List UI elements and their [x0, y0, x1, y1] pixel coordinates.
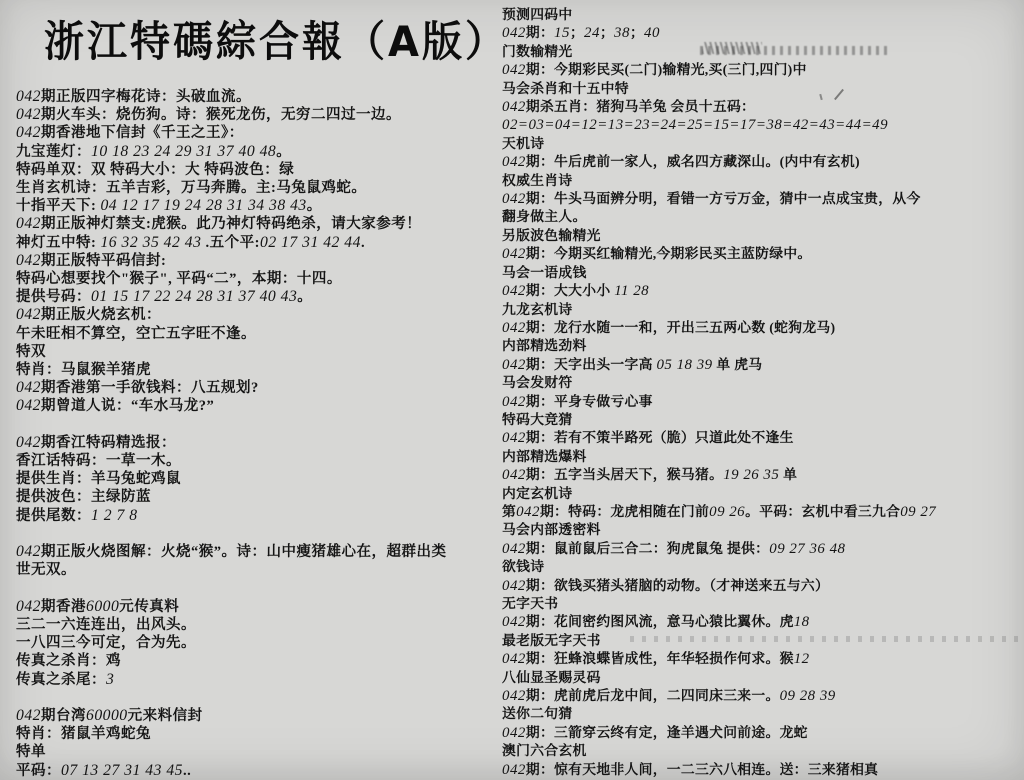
text-line: 042期杀五肖：猪狗马羊兔 会员十五码：	[502, 98, 1022, 116]
text-line: 042期：虎前虎后龙中间，二四同床三来一。09 28 39	[502, 687, 1022, 705]
text-line: 042期：平身专做亏心事	[502, 393, 1022, 411]
text-line: 欲钱诗	[502, 558, 1022, 576]
text-line: 042期：欲钱买猪头猪脑的动物。（才神送来五与六）	[502, 577, 1022, 595]
text-line: 042期：若有不策半路死（脆）只道此处不逢生	[502, 429, 1022, 447]
text-line	[16, 579, 498, 597]
text-line: 042期火车头：烧伤狗。诗：猴死龙伤，无穷二四过一边。	[16, 106, 498, 124]
text-line: 八仙显圣赐灵码	[502, 669, 1022, 687]
text-line: 门数输精光	[502, 43, 1022, 61]
text-line: 特单	[16, 743, 498, 761]
text-line: 042期：今期彩民买(二门)输精光,买(三门,四门)中	[502, 61, 1022, 79]
text-line: 九龙玄机诗	[502, 301, 1022, 319]
text-line: 特肖：马鼠猴羊猪虎	[16, 361, 498, 379]
text-line: 一八四三今可定，合为先。	[16, 634, 498, 652]
text-line: 马会一语成钱	[502, 264, 1022, 282]
text-line: 042期：三箭穿云终有定，逢羊遇犬问前途。龙蛇	[502, 724, 1022, 742]
text-line: 042期：狂蜂浪蝶皆成性，年华轻损作何求。猴12	[502, 650, 1022, 668]
text-line: 特双	[16, 343, 498, 361]
text-line: 042期：龙行水随一一和，开出三五两心数 (蛇狗龙马)	[502, 319, 1022, 337]
text-line: 提供波色：主绿防蓝	[16, 488, 498, 506]
text-line: 神灯五中特: 16 32 35 42 43 .五个平:02 17 31 42 4…	[16, 234, 498, 252]
text-line: 澳门六合玄机	[502, 742, 1022, 760]
text-line: 马会杀肖和十五中特	[502, 80, 1022, 98]
text-line: 042期香江特码精选报：	[16, 434, 498, 452]
text-line: 042期：鼠前鼠后三合二：狗虎鼠兔 提供：09 27 36 48	[502, 540, 1022, 558]
text-line: 042期：花间密约图风流，意马心猿比翼休。虎18	[502, 613, 1022, 631]
text-line	[16, 416, 498, 434]
text-line: 042期正版火烧玄机：	[16, 306, 498, 324]
text-line: 香江话特码：一草一木。	[16, 452, 498, 470]
text-line: 无字天书	[502, 595, 1022, 613]
text-line: 天机诗	[502, 135, 1022, 153]
text-line: 传真之杀肖：鸡	[16, 652, 498, 670]
text-line: 提供号码：01 15 17 22 24 28 31 37 40 43。	[16, 288, 498, 306]
text-line: 042期正版四字梅花诗：头破血流。	[16, 88, 498, 106]
text-line: 提供生肖：羊马兔蛇鸡鼠	[16, 470, 498, 488]
text-line: 内部精选劲料	[502, 337, 1022, 355]
text-line: 马会发财符	[502, 374, 1022, 392]
left-column: 042期正版四字梅花诗：头破血流。042期火车头：烧伤狗。诗：猴死龙伤，无穷二四…	[16, 88, 498, 780]
text-line: 送你二句猜	[502, 705, 1022, 723]
page-title: 浙江特碼綜合報（A版）	[44, 9, 508, 69]
text-line: 权威生肖诗	[502, 172, 1022, 190]
text-line: 第042期：特码：龙虎相随在门前09 26。平码：玄机中看三九合09 27	[502, 503, 1022, 521]
text-line: 另版波色输精光	[502, 227, 1022, 245]
text-line: 最老版无字天书	[502, 632, 1022, 650]
text-line: 02=03=04=12=13=23=24=25=15=17=38=42=43=4…	[502, 116, 1022, 134]
text-line: 提供尾数：1 2 7 8	[16, 507, 498, 525]
text-line: 042期香港地下信封《千王之王》：	[16, 124, 498, 142]
text-line	[16, 689, 498, 707]
text-line: 042期：惊有天地非人间，一二三六八相连。送：三来猪相真	[502, 761, 1022, 779]
text-line: 特码大竞猜	[502, 411, 1022, 429]
text-line	[16, 525, 498, 543]
text-line: 042期：大大小小 11 28	[502, 282, 1022, 300]
text-line: 042期香港第一手欲钱料：八五规划?	[16, 379, 498, 397]
text-line: 特码单双：双 特码大小：大 特码波色：绿	[16, 161, 498, 179]
text-line: 内定玄机诗	[502, 485, 1022, 503]
text-line: 042期：15；24；38；40	[502, 24, 1022, 42]
text-line: 042期台湾60000元来料信封	[16, 707, 498, 725]
text-line: 三二一六连连出，出风头。	[16, 616, 498, 634]
text-line: 042期：牛头马面辨分明，看错一方亏万金，猜中一点成宝贵，从今	[502, 190, 1022, 208]
text-line: 传真之杀尾：3	[16, 671, 498, 689]
right-column: 预测四码中042期：15；24；38；40门数输精光042期：今期彩民买(二门)…	[502, 6, 1022, 779]
text-line: 042期正版火烧图解：火烧“猴”。诗：山中瘦猪雄心在，超群出类	[16, 543, 498, 561]
text-line: 世无双。	[16, 561, 498, 579]
text-line: 内部精选爆料	[502, 448, 1022, 466]
text-line: 平码：07 13 27 31 43 45..	[16, 762, 498, 780]
text-line: 午未旺相不算空，空亡五字旺不逢。	[16, 325, 498, 343]
text-line: 042期：五字当头居天下，猴马猪。19 26 35 单	[502, 466, 1022, 484]
text-line: 生肖玄机诗：五羊吉彩，万马奔腾。主:马兔鼠鸡蛇。	[16, 179, 498, 197]
newspaper-page: 浙江特碼綜合報（A版） 042期正版四字梅花诗：头破血流。042期火车头：烧伤狗…	[0, 0, 1024, 780]
text-line: 042期：天字出头一字高 05 18 39 单 虎马	[502, 356, 1022, 374]
text-line: 特码心想要找个"猴子", 平码“二”，本期：十四。	[16, 270, 498, 288]
text-line: 042期：牛后虎前一家人，威名四方藏深山。(内中有玄机)	[502, 153, 1022, 171]
text-line: 042期香港6000元传真料	[16, 598, 498, 616]
text-line: 马会内部透密料	[502, 521, 1022, 539]
text-line: 042期正版特平码信封:	[16, 252, 498, 270]
text-line: 翻身做主人。	[502, 208, 1022, 226]
text-line: 042期曾道人说：“车水马龙?”	[16, 397, 498, 415]
text-line: 十指平天下: 04 12 17 19 24 28 31 34 38 43。	[16, 197, 498, 215]
text-line: 042期正版神灯禁支:虎猴。此乃神灯特码绝杀，请大家参考！	[16, 215, 498, 233]
text-line: 特肖：猪鼠羊鸡蛇兔	[16, 725, 498, 743]
text-line: 042期：今期买红输精光,今期彩民买主蓝防绿中。	[502, 245, 1022, 263]
text-line: 九宝莲灯：10 18 23 24 29 31 37 40 48。	[16, 143, 498, 161]
text-line: 预测四码中	[502, 6, 1022, 24]
